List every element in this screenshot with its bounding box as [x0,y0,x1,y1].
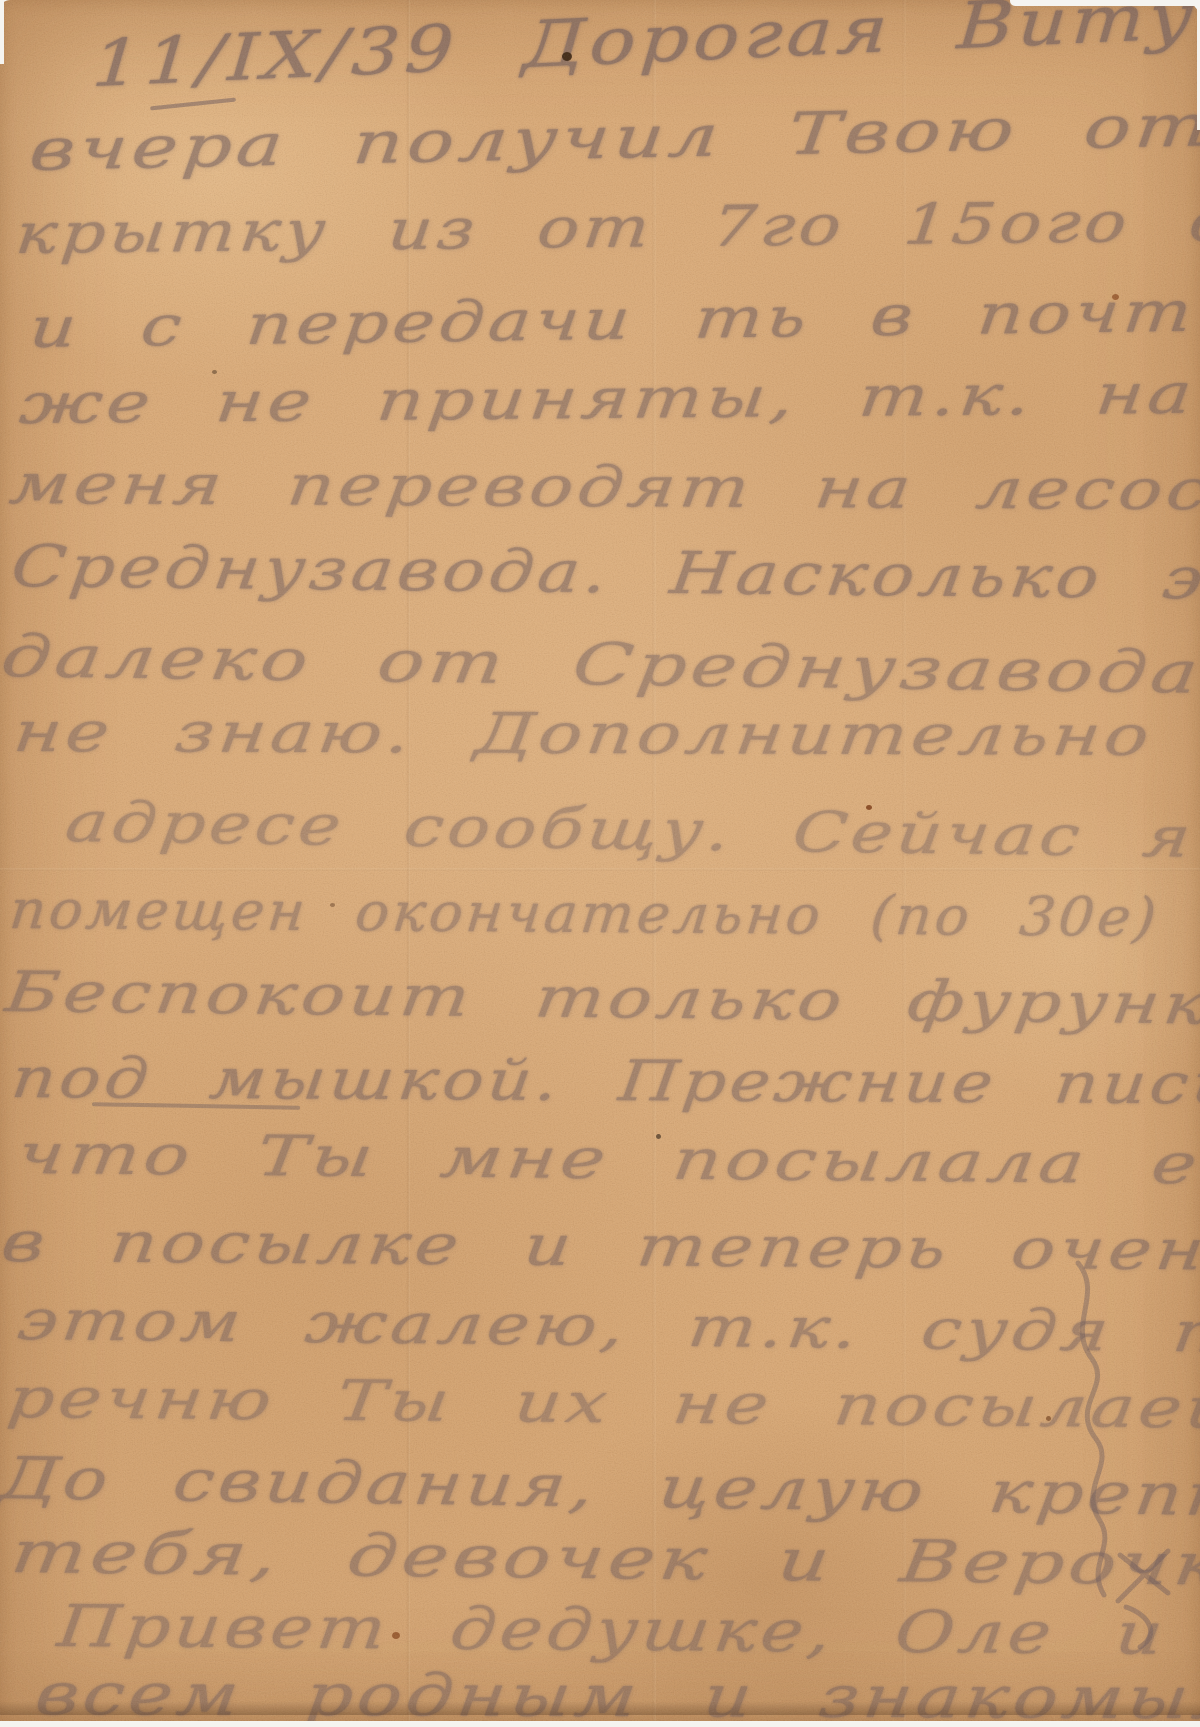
handwriting-line-1: 11/IX/39 Дорогая Витуся, [90,0,1200,102]
letter-paper: 11/IX/39 Дорогая Витуся,вчера получил Тв… [0,0,1200,1721]
handwriting-line-7: Среднузавода. Насколько это [8,532,1200,614]
handwriting-line-8: далеко от Среднузавода — [0,622,1200,709]
handwriting-line-11: помещен окончательно (по 30е) здесь [7,878,1200,951]
handwriting-line-15: в посылке и теперь очень об [0,1210,1200,1285]
handwriting-text: 11/IX/39 Дорогая Витуся,вчера получил Тв… [0,0,1200,1721]
handwriting-line-10: адресе сообщу. Сейчас я [62,790,1198,871]
handwriting-line-14: что Ты мне посылала ещё [14,1122,1200,1198]
handwriting-line-20: Привет дедушке, Оле и [54,1592,1170,1668]
handwriting-line-16: этом жалею, т.к. судя по пе- [14,1288,1200,1368]
handwriting-line-3: крытку из от 7го 15ого свидет [13,187,1200,267]
handwriting-line-6: меня переводят на лесосеку [6,452,1200,524]
handwriting-line-21: всем родным и знакомым. [32,1660,1200,1721]
scan-edge [0,1721,1200,1727]
handwriting-line-2: вчера получил Твою от- [27,90,1200,184]
handwriting-line-9: не знаю. Дополнительно об [10,700,1200,770]
handwriting-line-12: Беспокоит только фурункул [2,960,1200,1039]
scanned-letter: 11/IX/39 Дорогая Витуся,вчера получил Тв… [0,0,1200,1727]
handwriting-line-5: же не приняты, т.к. на днях [17,359,1200,437]
handwriting-line-18: До свидания, целую крепко [0,1444,1200,1530]
handwriting-line-19: тебя, девочек и Верочку [8,1518,1200,1599]
handwriting-line-4: и с передачи ть в почт спу- [27,276,1200,361]
handwriting-line-17: речню Ты их не посылаешь. [4,1366,1200,1442]
handwriting-line-13: под мышкой. Прежние письма [8,1046,1200,1118]
